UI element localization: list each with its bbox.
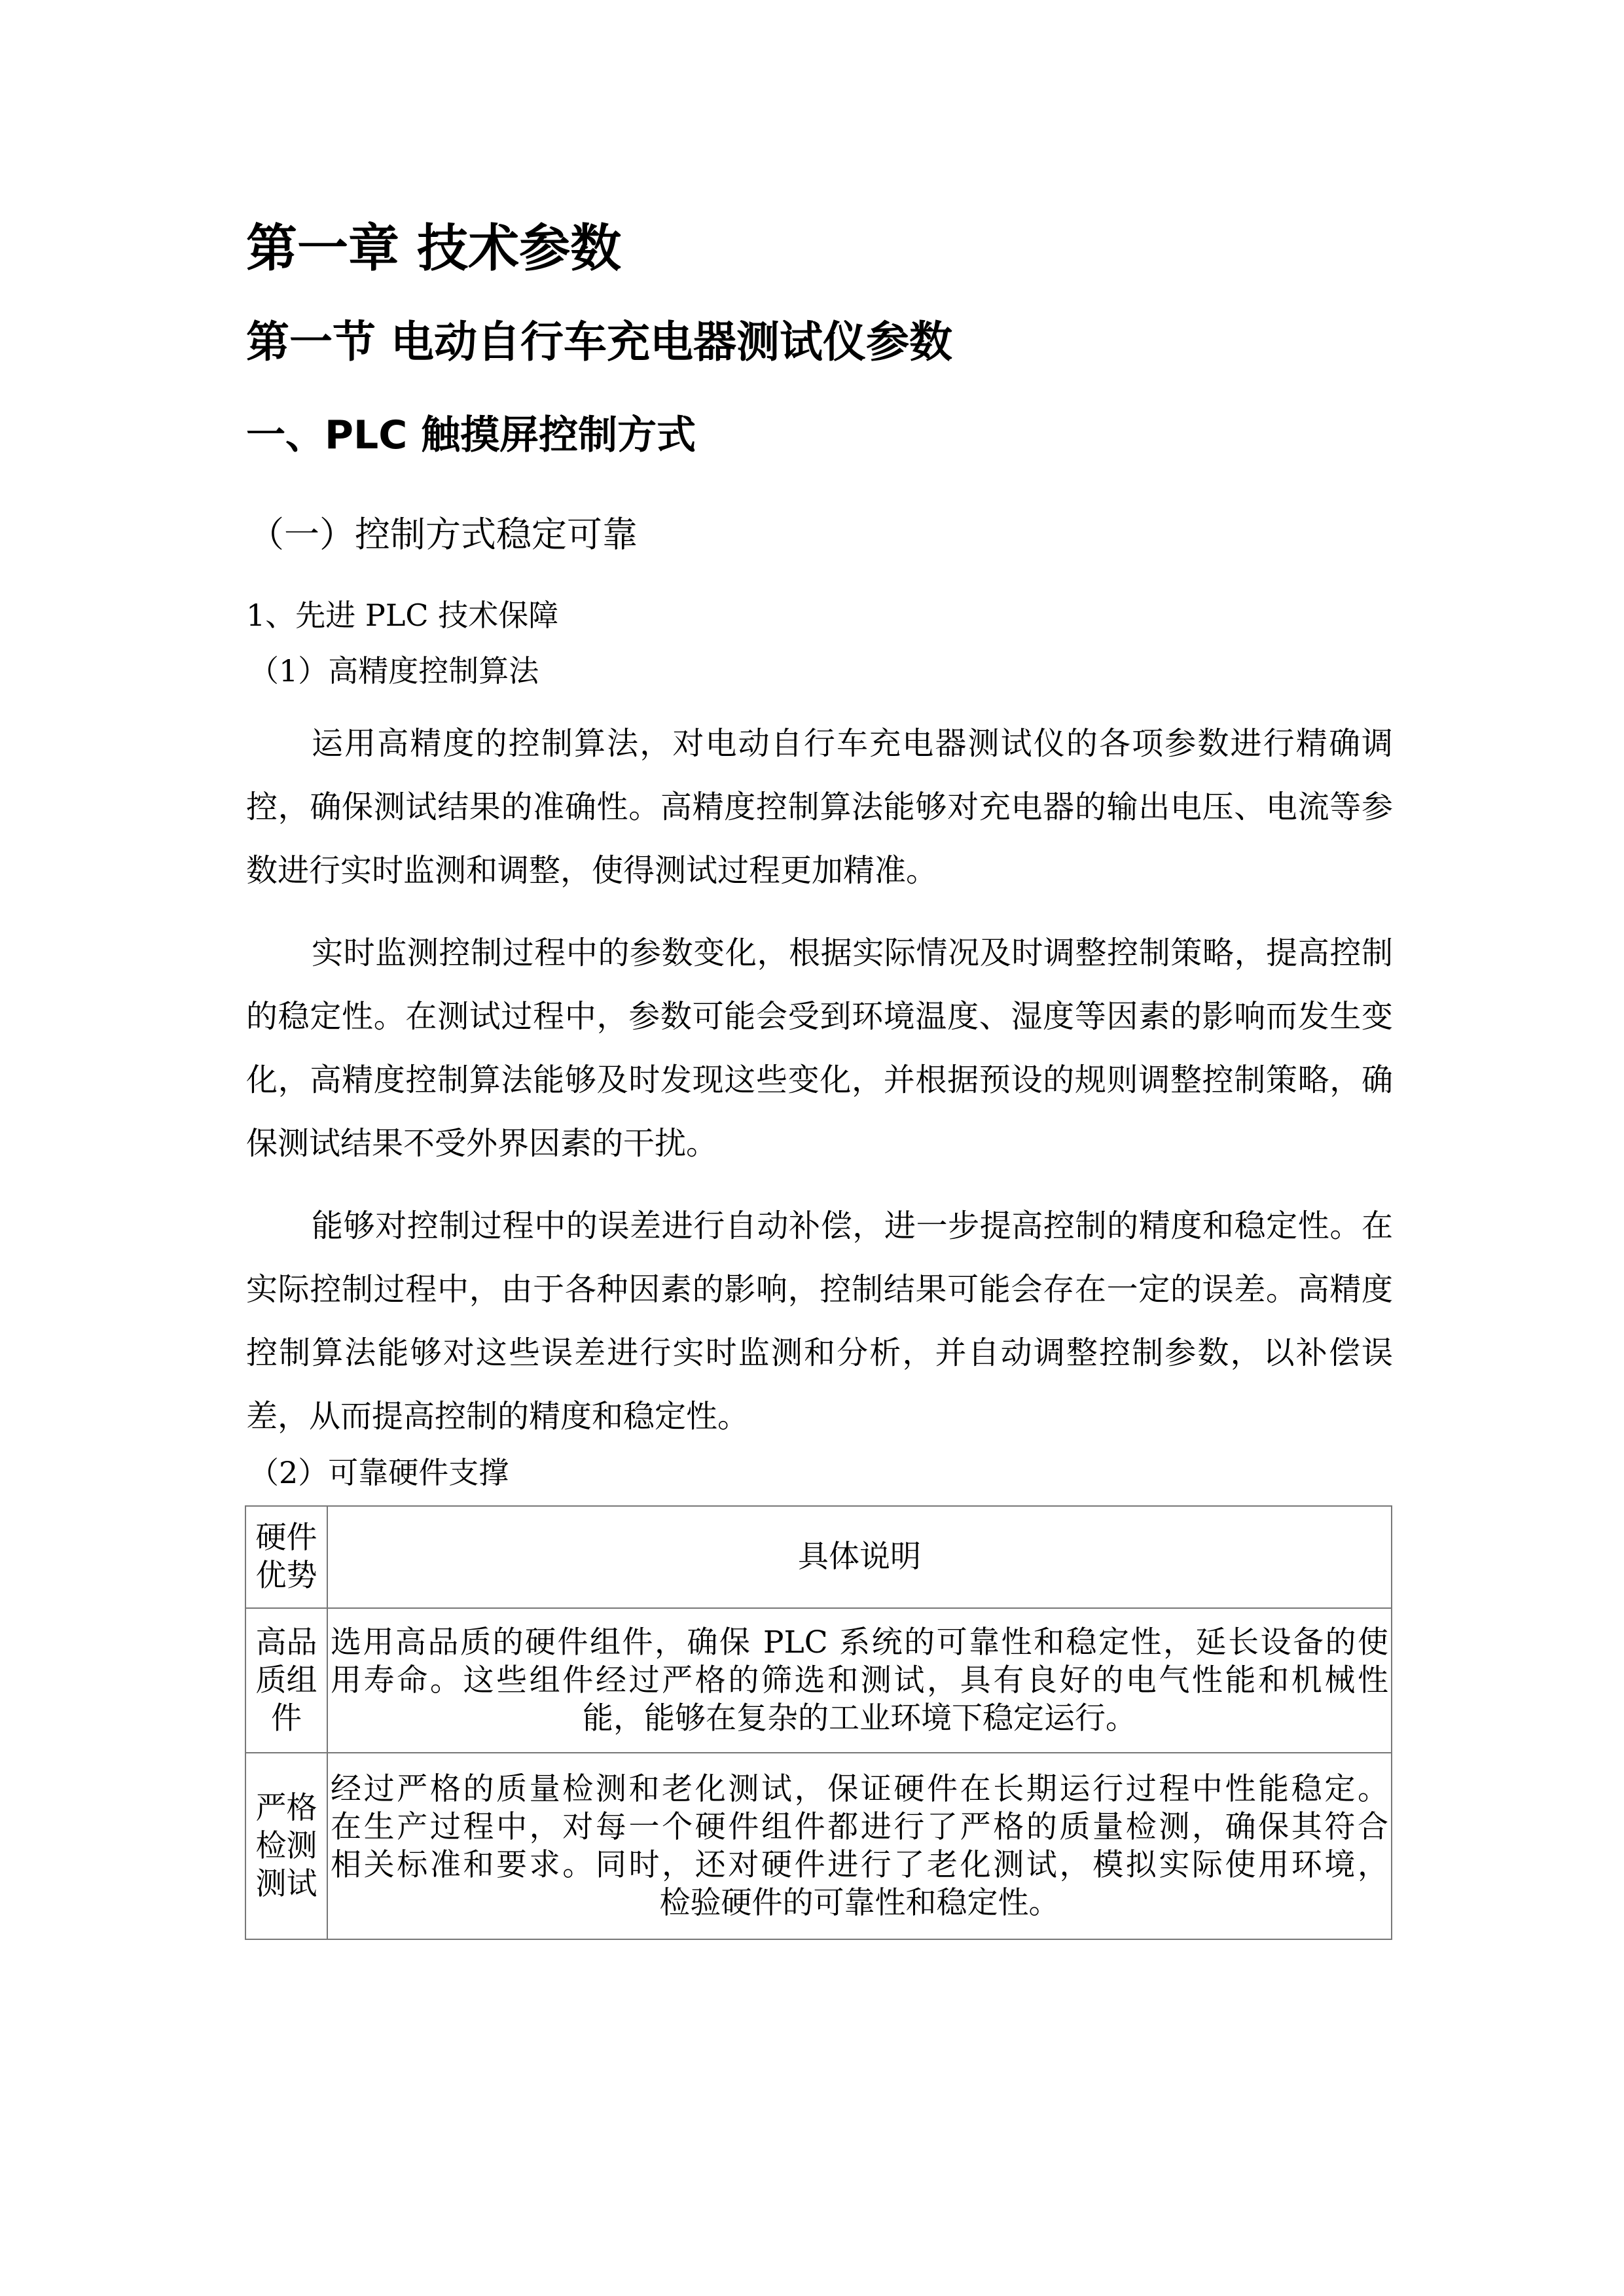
subsection-title: 一、PLC 触摸屏控制方式 [246,409,696,461]
cell-advantage: 严格检测测试 [245,1753,327,1939]
paragraph-monitoring: 实时监测控制过程中的参数变化，根据实际情况及时调整控制策略，提高控制的稳定性。在… [246,922,1393,1175]
cell-advantage: 高品质组件 [245,1608,327,1753]
subitem-title-hardware: （2）可靠硬件支撑 [249,1452,509,1494]
description-line: 选用高品质的硬件组件，确保 PLC 系统的可靠性和稳定性，延长设备的使 [331,1624,1388,1662]
description-line: 能，能够在复杂的工业环境下稳定运行。 [583,1700,1136,1736]
section-title: 第一节 电动自行车充电器测试仪参数 [246,313,952,372]
table-row: 高品质组件 选用高品质的硬件组件，确保 PLC 系统的可靠性和稳定性，延长设备的… [245,1608,1392,1753]
header-cell-description: 具体说明 [327,1506,1392,1608]
paragraph-algorithm: 运用高精度的控制算法，对电动自行车充电器测试仪的各项参数进行精确调控，确保测试结… [246,712,1393,903]
cell-description: 经过严格的质量检测和老化测试，保证硬件在长期运行过程中性能稳定。 在生产过程中，… [327,1753,1392,1939]
table-row: 严格检测测试 经过严格的质量检测和老化测试，保证硬件在长期运行过程中性能稳定。 … [245,1753,1392,1939]
description-line: 在生产过程中，对每一个硬件组件都进行了严格的质量检测，确保其符合 [331,1808,1388,1846]
paragraph-compensation: 能够对控制过程中的误差进行自动补偿，进一步提高控制的精度和稳定性。在实际控制过程… [246,1194,1393,1448]
part-title: （一）控制方式稳定可靠 [249,511,638,559]
description-line: 相关标准和要求。同时，还对硬件进行了老化测试，模拟实际使用环境， [331,1846,1388,1884]
item-title: 1、先进 PLC 技术保障 [246,594,558,636]
table-header-row: 硬件优势 具体说明 [245,1506,1392,1608]
description-line: 经过严格的质量检测和老化测试，保证硬件在长期运行过程中性能稳定。 [331,1770,1388,1808]
cell-description: 选用高品质的硬件组件，确保 PLC 系统的可靠性和稳定性，延长设备的使 用寿命。… [327,1608,1392,1753]
subitem-title-algorithm: （1）高精度控制算法 [249,650,539,692]
header-cell-advantage: 硬件优势 [245,1506,327,1608]
chapter-title: 第一章 技术参数 [246,216,621,281]
description-line: 用寿命。这些组件经过严格的筛选和测试，具有良好的电气性能和机械性 [331,1662,1388,1700]
description-line: 检验硬件的可靠性和稳定性。 [660,1885,1060,1921]
hardware-advantages-table: 硬件优势 具体说明 高品质组件 选用高品质的硬件组件，确保 PLC 系统的可靠性… [245,1505,1392,1940]
